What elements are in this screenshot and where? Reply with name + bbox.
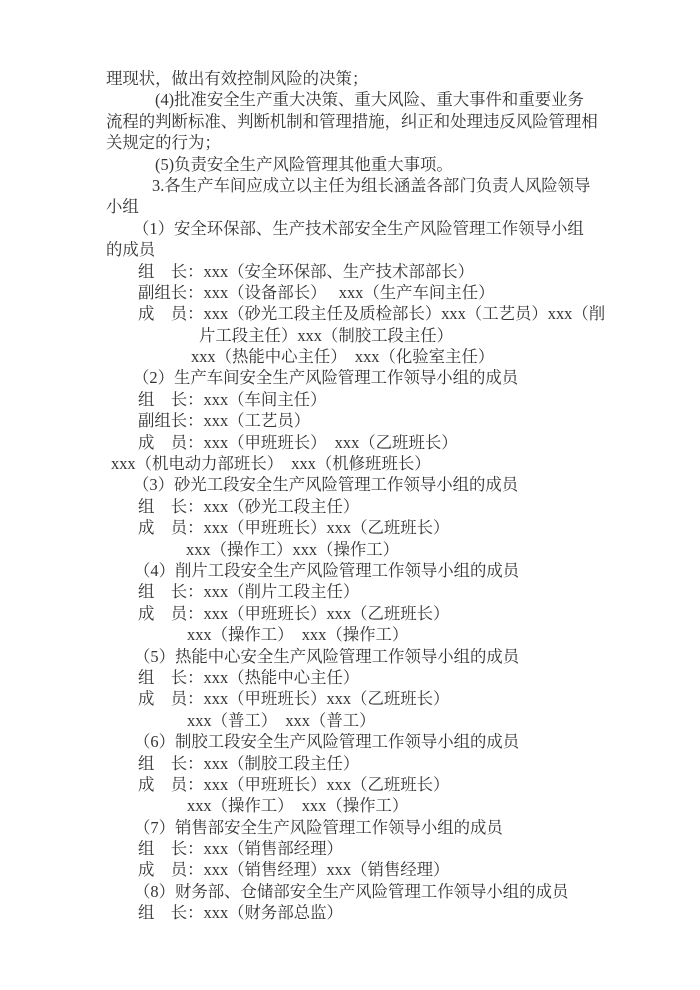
text-line: 组 长：xxx（削片工段主任）	[106, 581, 600, 602]
text-line: 组 长：xxx（砂光工段主任）	[106, 496, 600, 517]
text-line: 组 长：xxx（财务部总监）	[106, 902, 600, 923]
text-line: 成 员：xxx（甲班班长）xxx（乙班班长）	[106, 774, 600, 795]
text-line: （8）财务部、仓储部安全生产风险管理工作领导小组的成员	[106, 881, 600, 902]
text-line: （6）制胶工段安全生产风险管理工作领导小组的成员	[106, 731, 600, 752]
text-line: 组 长：xxx（销售部经理）	[106, 838, 600, 859]
text-line: 成 员：xxx（砂光工段主任及质检部长）xxx（工艺员）xxx（削	[106, 303, 600, 324]
text-line: xxx（热能中心主任） xxx（化验室主任）	[106, 346, 600, 367]
text-line: xxx（操作工） xxx（操作工）	[106, 795, 600, 816]
text-line: 3.各生产车间应成立以主任为组长涵盖各部门负责人风险领导	[106, 175, 600, 196]
text-line: 成 员：xxx（甲班班长）xxx（乙班班长）	[106, 517, 600, 538]
text-line: xxx（普工） xxx（普工）	[106, 710, 600, 731]
text-line: 组 长：xxx（制胶工段主任）	[106, 753, 600, 774]
document-page: 理现状，做出有效控制风险的决策；(4)批准安全生产重大决策、重大风险、重大事件和…	[0, 0, 700, 990]
text-line: 组 长：xxx（热能中心主任）	[106, 667, 600, 688]
text-line: 理现状，做出有效控制风险的决策；	[106, 68, 600, 89]
text-line: （4）削片工段安全生产风险管理工作领导小组的成员	[106, 560, 600, 581]
text-line: （5）热能中心安全生产风险管理工作领导小组的成员	[106, 646, 600, 667]
text-line: (4)批准安全生产重大决策、重大风险、重大事件和重要业务	[106, 89, 600, 110]
text-line: 小组	[106, 196, 600, 217]
text-line: xxx（机电动力部班长） xxx（机修班班长）	[106, 453, 600, 474]
text-line: 片工段主任）xxx（制胶工段主任）	[106, 325, 600, 346]
text-line: 组 长：xxx（车间主任）	[106, 389, 600, 410]
text-line: 的成员	[106, 239, 600, 260]
text-line: 成 员：xxx（甲班班长） xxx（乙班班长）	[106, 432, 600, 453]
text-line: 副组长：xxx（设备部长） xxx（生产车间主任）	[106, 282, 600, 303]
text-line: (5)负责安全生产风险管理其他重大事项。	[106, 154, 600, 175]
text-line: 成 员：xxx（甲班班长）xxx（乙班班长）	[106, 603, 600, 624]
text-line: 关规定的行为；	[106, 132, 600, 153]
text-line: 副组长：xxx（工艺员）	[106, 410, 600, 431]
text-line: 流程的判断标准、判断机制和管理措施，纠正和处理违反风险管理相	[106, 111, 600, 132]
text-line: xxx（操作工）xxx（操作工）	[106, 539, 600, 560]
text-line: 成 员：xxx（销售经理）xxx（销售经理）	[106, 859, 600, 880]
text-line: （1）安全环保部、生产技术部安全生产风险管理工作领导小组	[106, 218, 600, 239]
text-line: （2）生产车间安全生产风险管理工作领导小组的成员	[106, 367, 600, 388]
text-line: xxx（操作工） xxx（操作工）	[106, 624, 600, 645]
text-line: 成 员：xxx（甲班班长）xxx（乙班班长）	[106, 688, 600, 709]
text-line: （7）销售部安全生产风险管理工作领导小组的成员	[106, 817, 600, 838]
text-line: 组 长：xxx（安全环保部、生产技术部部长）	[106, 261, 600, 282]
text-line: （3）砂光工段安全生产风险管理工作领导小组的成员	[106, 474, 600, 495]
document-body: 理现状，做出有效控制风险的决策；(4)批准安全生产重大决策、重大风险、重大事件和…	[106, 68, 600, 924]
